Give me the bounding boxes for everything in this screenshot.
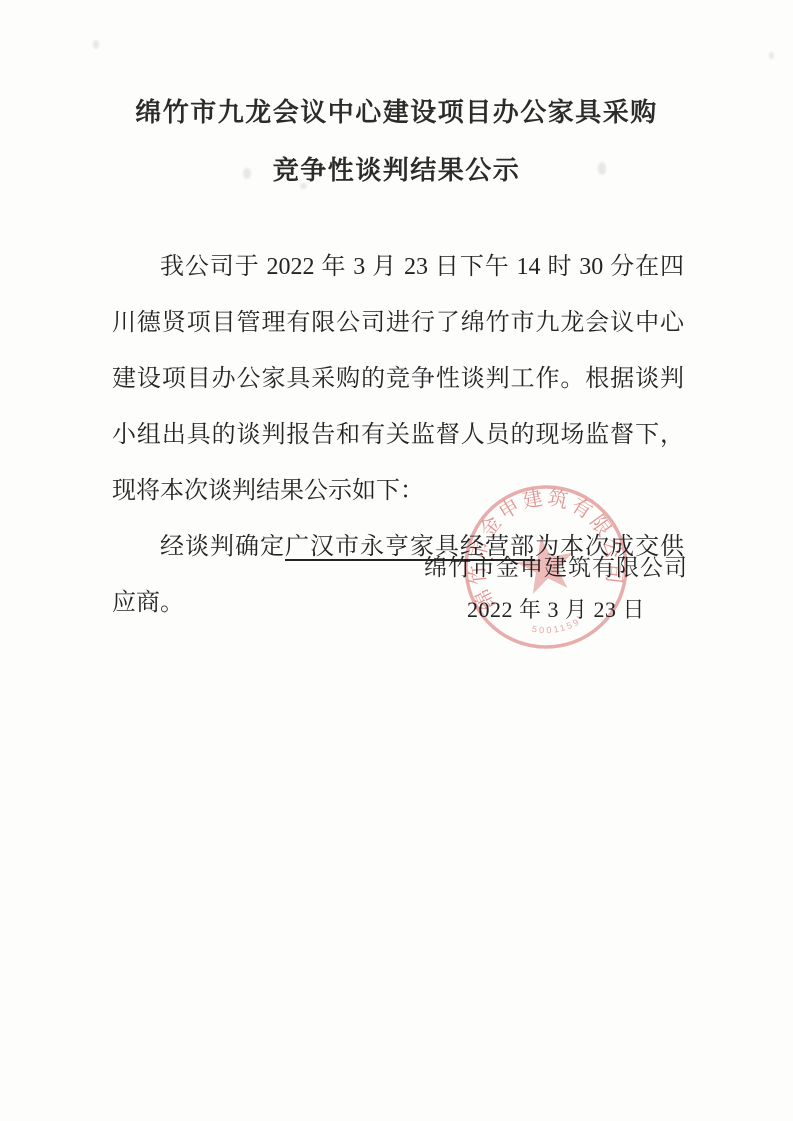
document-title-line1: 绵竹市九龙会议中心建设项目办公家具采购 — [0, 0, 793, 129]
signature-company: 绵竹市金申建筑有限公司 — [356, 549, 756, 582]
body-paragraph: 我公司于 2022 年 3 月 23 日下午 14 时 30 分在四川德贤项目管… — [112, 239, 684, 519]
document-page: 绵竹市九龙会议中心建设项目办公家具采购 竞争性谈判结果公示 我公司于 2022 … — [0, 0, 793, 1121]
scan-artifact — [243, 168, 251, 179]
scan-artifact — [598, 162, 606, 175]
signature-date: 2022 年 3 月 23 日 — [356, 593, 756, 624]
scan-artifact — [300, 183, 307, 189]
document-title-line2: 竞争性谈判结果公示 — [0, 150, 793, 187]
result-prefix: 经谈判确定 — [160, 534, 285, 560]
signature-block: 绵竹市金申建筑有限公司 2022 年 3 月 23 日 — [356, 549, 756, 624]
scan-artifact — [769, 52, 774, 59]
scan-artifact — [93, 40, 99, 49]
